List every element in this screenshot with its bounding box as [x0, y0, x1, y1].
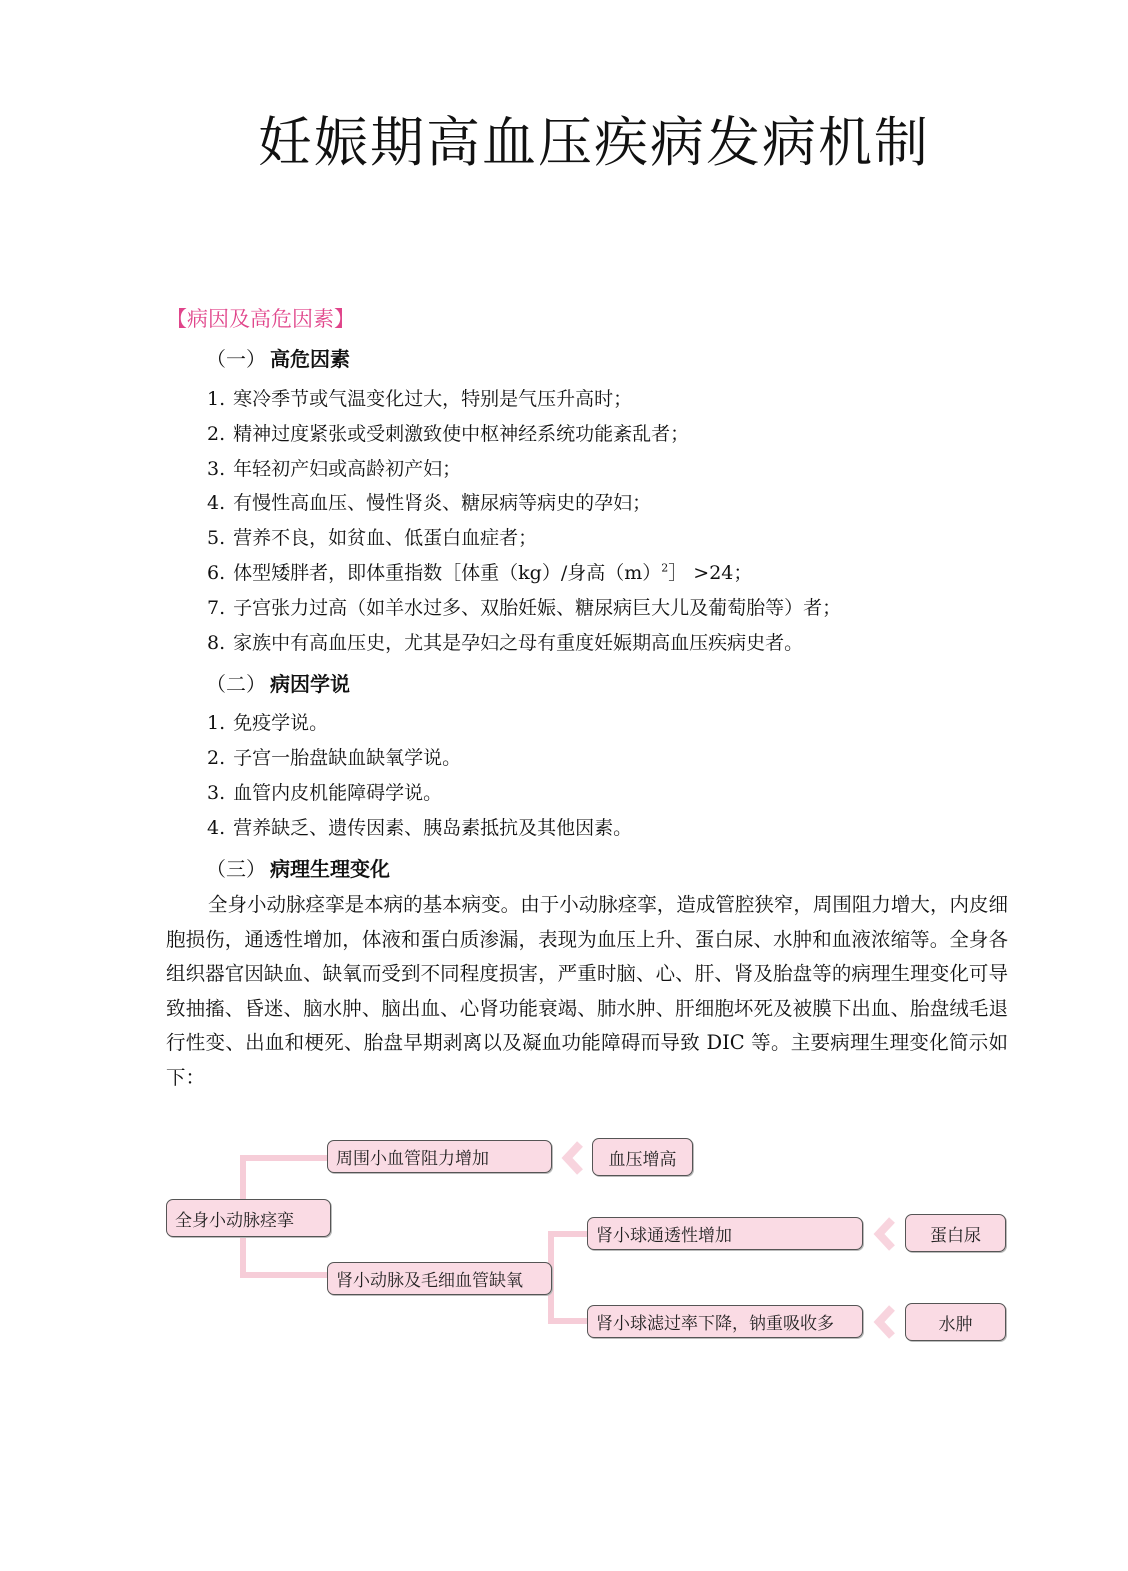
section-heading: 【病因及高危因素】	[166, 303, 355, 333]
diagram-root-node: 全身小动脉痉挛	[166, 1199, 331, 1237]
list-item: 5.营养不良，如贫血、低蛋白血症者；	[207, 523, 537, 550]
item-number: 7.	[207, 597, 225, 619]
pathophysiology-diagram: 全身小动脉痉挛 周围小血管阻力增加 肾小动脉及毛细血管缺氧 肾小球通透性增加 肾…	[0, 0, 1128, 1571]
subsection-number: （一）	[206, 347, 266, 371]
list-item: 1.免疫学说。	[207, 708, 328, 735]
connector	[548, 1231, 588, 1237]
item-number: 3.	[207, 458, 225, 480]
diagram-result-proteinuria: 蛋白尿	[905, 1214, 1006, 1252]
list-item: 6.体型矮胖者，即体重指数［体重（kg）/身高（m）2］ >24；	[207, 558, 752, 585]
subsection-title: 病因学说	[270, 672, 350, 696]
list-item: 3.血管内皮机能障碍学说。	[207, 778, 442, 805]
item-text: 血管内皮机能障碍学说。	[233, 782, 442, 804]
diagram-node-renal-hypoxia: 肾小动脉及毛细血管缺氧	[327, 1262, 552, 1295]
subsection-title: 高危因素	[270, 347, 350, 371]
item-text: 体型矮胖者，即体重指数［体重（kg）/身高（m）	[233, 562, 661, 584]
subsection-number: （二）	[206, 672, 266, 696]
paragraph-text: 全身小动脉痉挛是本病的基本病变。由于小动脉痉挛，造成管腔狭窄，周围阻力增大，内皮…	[166, 888, 1008, 1096]
connector	[548, 1318, 588, 1324]
chevron-left-icon	[560, 1141, 586, 1175]
item-text: 家族中有高血压史，尤其是孕妇之母有重度妊娠期高血压疾病史者。	[233, 632, 803, 654]
list-item: 7.子宫张力过高（如羊水过多、双胎妊娠、糖尿病巨大儿及葡萄胎等）者；	[207, 593, 841, 620]
diagram-result-hypertension: 血压增高	[592, 1138, 693, 1176]
item-text: 营养缺乏、遗传因素、胰岛素抵抗及其他因素。	[233, 817, 632, 839]
item-number: 4.	[207, 492, 225, 514]
list-item: 4.营养缺乏、遗传因素、胰岛素抵抗及其他因素。	[207, 813, 632, 840]
item-text: 营养不良，如贫血、低蛋白血症者；	[233, 527, 537, 549]
item-number: 4.	[207, 817, 225, 839]
list-item: 3.年轻初产妇或高龄初产妇；	[207, 454, 461, 481]
diagram-result-edema: 水肿	[905, 1303, 1006, 1341]
subsection-heading-3: （三）病理生理变化	[206, 853, 390, 882]
chevron-left-icon	[872, 1305, 898, 1339]
body-paragraph: 全身小动脉痉挛是本病的基本病变。由于小动脉痉挛，造成管腔狭窄，周围阻力增大，内皮…	[166, 888, 1008, 1096]
list-item: 2.子宫一胎盘缺血缺氧学说。	[207, 743, 461, 770]
subsection-heading-1: （一）高危因素	[206, 343, 350, 372]
diagram-node-glomerular-permeability: 肾小球通透性增加	[587, 1217, 863, 1250]
list-item: 1.寒冷季节或气温变化过大，特别是气压升高时；	[207, 384, 632, 411]
item-number: 2.	[207, 747, 225, 769]
list-item: 8.家族中有高血压史，尤其是孕妇之母有重度妊娠期高血压疾病史者。	[207, 628, 803, 655]
item-number: 6.	[207, 562, 225, 584]
item-number: 3.	[207, 782, 225, 804]
page-title: 妊娠期高血压疾病发病机制	[0, 100, 1128, 177]
diagram-node-resistance: 周围小血管阻力增加	[327, 1140, 552, 1173]
item-number: 1.	[207, 388, 225, 410]
connector	[240, 1272, 332, 1278]
item-text: 免疫学说。	[233, 712, 328, 734]
subsection-heading-2: （二）病因学说	[206, 668, 350, 697]
item-text: ］ >24；	[668, 562, 752, 584]
item-text: 有慢性高血压、慢性肾炎、糖尿病等病史的孕妇；	[233, 492, 651, 514]
connector	[240, 1155, 332, 1161]
chevron-left-icon	[872, 1217, 898, 1251]
list-item: 2.精神过度紧张或受刺激致使中枢神经系统功能紊乱者；	[207, 419, 689, 446]
item-number: 2.	[207, 423, 225, 445]
subsection-title: 病理生理变化	[270, 857, 390, 881]
diagram-node-glomerular-filtration: 肾小球滤过率下降，钠重吸收多	[587, 1305, 863, 1338]
item-number: 8.	[207, 632, 225, 654]
item-text: 精神过度紧张或受刺激致使中枢神经系统功能紊乱者；	[233, 423, 689, 445]
subsection-number: （三）	[206, 857, 266, 881]
item-text: 年轻初产妇或高龄初产妇；	[233, 458, 461, 480]
item-text: 寒冷季节或气温变化过大，特别是气压升高时；	[233, 388, 632, 410]
item-number: 1.	[207, 712, 225, 734]
item-text: 子宫一胎盘缺血缺氧学说。	[233, 747, 461, 769]
list-item: 4.有慢性高血压、慢性肾炎、糖尿病等病史的孕妇；	[207, 488, 651, 515]
item-number: 5.	[207, 527, 225, 549]
item-text: 子宫张力过高（如羊水过多、双胎妊娠、糖尿病巨大儿及葡萄胎等）者；	[233, 597, 841, 619]
